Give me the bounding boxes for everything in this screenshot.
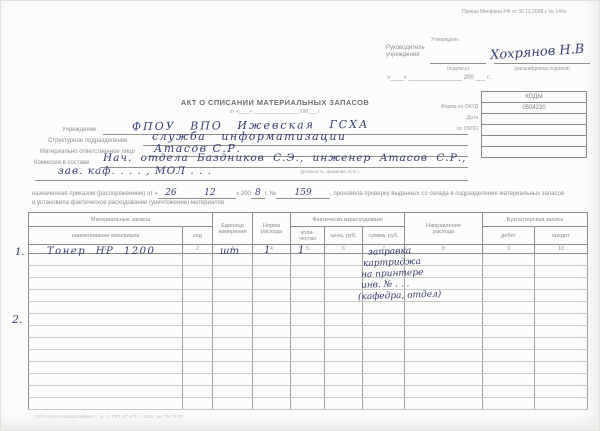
table-cell [535, 290, 588, 302]
row-number-1-handwriting: 1. [15, 247, 25, 258]
table-cell [405, 278, 483, 290]
table-cell [253, 314, 291, 326]
table-cell [183, 398, 213, 410]
col-quantity: коли- чество [291, 227, 325, 245]
table-cell [291, 278, 325, 290]
table-cell [325, 314, 363, 326]
table-cell [483, 278, 535, 290]
table-row [29, 386, 588, 398]
direction-handwriting-4: инв. № . . . [361, 279, 410, 291]
table-cell [183, 290, 213, 302]
table-cell [325, 362, 363, 374]
table-cell [213, 374, 253, 386]
col-credit: кредит [535, 227, 588, 245]
table-cell [291, 362, 325, 374]
table-cell [405, 326, 483, 338]
table-cell [253, 254, 291, 266]
table-cell [29, 302, 183, 314]
table-cell [535, 314, 588, 326]
table-cell [213, 338, 253, 350]
unit-handwriting: шт [220, 246, 239, 257]
document-title: АКТ О СПИСАНИИ МАТЕРИАЛЬНЫХ ЗАПАСОВ [95, 98, 455, 107]
codes-empty-row [482, 125, 586, 136]
table-cell [535, 278, 588, 290]
table-cell [29, 398, 183, 410]
codes-empty-row [482, 136, 586, 147]
order-year-prefix: » 200 [236, 191, 251, 197]
write-off-table-wrap: Материальные запасы Единица измерения Но… [28, 212, 588, 410]
col-price: цена, руб. [325, 227, 363, 245]
col-norm: Норма расхода [253, 213, 291, 245]
table-cell [363, 338, 405, 350]
col-unit: Единица измерения [213, 213, 253, 245]
order-text-2: , произвела проверку выданных со склада … [330, 191, 564, 197]
table-cell [291, 266, 325, 278]
institution-label: Учреждение [62, 127, 96, 134]
table-cell [291, 398, 325, 410]
table-row [29, 398, 588, 410]
table-cell [483, 302, 535, 314]
table-cell [253, 326, 291, 338]
commission-handwriting-1: Нач. отдела Баздников С.Э., инженер Атас… [103, 152, 467, 164]
table-cell [253, 338, 291, 350]
order-year-handwriting: 8 [255, 188, 261, 198]
toner-name-handwriting: Тонер НР 1200 [47, 246, 155, 257]
order-paragraph-line-2: и установила фактическое расходование (у… [32, 200, 224, 206]
table-cell [183, 386, 213, 398]
table-cell [213, 386, 253, 398]
table-cell [363, 398, 405, 410]
col-number: 10 [535, 245, 588, 254]
table-cell [325, 278, 363, 290]
date-label: Дата [380, 115, 478, 121]
table-row [29, 374, 588, 386]
table-cell [325, 290, 363, 302]
codes-box: КОДЫ 0504230 [481, 91, 587, 158]
order-number-line: 159 [276, 188, 330, 199]
table-cell [483, 326, 535, 338]
signature-line [430, 63, 486, 64]
col-fact: Фактически израсходовано [291, 213, 405, 227]
okpo-label: по ОКПО [380, 126, 478, 132]
table-cell [483, 362, 535, 374]
table-cell [29, 266, 183, 278]
table-cell [253, 362, 291, 374]
table-cell [183, 362, 213, 374]
table-cell [483, 398, 535, 410]
table-cell [291, 314, 325, 326]
order-month-line: 12 [184, 188, 236, 199]
table-row [29, 278, 588, 290]
table-cell [325, 350, 363, 362]
table-cell [213, 278, 253, 290]
table-cell [29, 362, 183, 374]
table-cell [29, 338, 183, 350]
table-cell [405, 314, 483, 326]
table-cell [483, 350, 535, 362]
table-cell [483, 374, 535, 386]
table-cell [325, 326, 363, 338]
table-cell [253, 398, 291, 410]
table-cell [253, 350, 291, 362]
table-cell [535, 350, 588, 362]
col-number: 2 [183, 245, 213, 254]
table-cell [291, 350, 325, 362]
head-of-institution-label: Руководитель учреждения [386, 45, 425, 59]
order-day-handwriting: 26 [165, 188, 176, 198]
signature-decode-caption: (расшифровка подписи) [496, 66, 588, 72]
table-cell [183, 374, 213, 386]
table-cell [183, 338, 213, 350]
table-cell [291, 290, 325, 302]
col-number: 8 [405, 245, 483, 254]
commission-handwriting-2: зав. каф. . . . , МОЛ . . . [58, 165, 212, 177]
table-cell [535, 254, 588, 266]
order-day-line: 26 [158, 188, 184, 199]
table-cell [405, 386, 483, 398]
table-cell [29, 290, 183, 302]
codes-empty-row [482, 114, 586, 125]
table-cell [213, 362, 253, 374]
table-cell [253, 374, 291, 386]
table-row [29, 302, 588, 314]
table-cell [535, 326, 588, 338]
table-row [29, 290, 588, 302]
order-month-handwriting: 12 [204, 188, 215, 198]
table-body [29, 254, 588, 410]
table-cell [291, 254, 325, 266]
table-cell [535, 266, 588, 278]
table-cell [29, 326, 183, 338]
table-row [29, 326, 588, 338]
table-cell [183, 278, 213, 290]
table-cell [483, 314, 535, 326]
table-cell [535, 338, 588, 350]
order-text-1: назначенная приказом (распоряжением) от … [32, 191, 158, 197]
table-cell [325, 302, 363, 314]
table-cell [183, 254, 213, 266]
table-cell [363, 386, 405, 398]
table-row [29, 266, 588, 278]
table-cell [535, 302, 588, 314]
col-material-code: код [183, 227, 213, 245]
table-row [29, 338, 588, 350]
col-accounting: Бухгалтерская запись [483, 213, 588, 227]
table-cell [183, 326, 213, 338]
table-cell [183, 266, 213, 278]
table-cell [183, 314, 213, 326]
table-cell [483, 254, 535, 266]
col-number: 5 [291, 245, 325, 254]
table-cell [483, 266, 535, 278]
position-name-caption: (должность, фамилия, И.О.) [300, 169, 359, 175]
table-row [29, 362, 588, 374]
commission-line-2 [35, 180, 468, 181]
order-paragraph-line-1: назначенная приказом (распоряжением) от … [32, 188, 592, 199]
table-cell [483, 290, 535, 302]
table-cell [213, 290, 253, 302]
table-cell [325, 266, 363, 278]
okud-form-code: 0504230 [482, 103, 586, 114]
col-number: 6 [325, 245, 363, 254]
table-cell [213, 398, 253, 410]
table-cell [253, 302, 291, 314]
printing-house-note: ОАО «Ижполиграфкомбинат», уч. 1, РВЗ, 67… [35, 414, 183, 419]
table-sub-header-row: наименование материала код коли- чество … [29, 227, 588, 245]
direction-handwriting-1: заправка [368, 246, 412, 258]
table-row [29, 350, 588, 362]
col-number: 9 [483, 245, 535, 254]
col-sum: сумма, руб. [363, 227, 405, 245]
table-cell [213, 326, 253, 338]
table-cell [325, 374, 363, 386]
table-cell [405, 398, 483, 410]
scanned-act-page: Приказ Минфина РФ от 30.12.2008 г. № 148… [0, 0, 600, 431]
title-date-line: от «____» ________________ 200___ г. [95, 109, 455, 115]
minfin-order-note: Приказ Минфина РФ от 30.12.2008 г. № 148… [462, 9, 567, 15]
table-cell [325, 338, 363, 350]
table-cell [405, 302, 483, 314]
table-cell [325, 386, 363, 398]
table-cell [253, 266, 291, 278]
table-cell [405, 374, 483, 386]
table-cell [363, 362, 405, 374]
norm-value-handwriting: 1 [264, 245, 270, 256]
order-g-no: г. № [265, 191, 276, 197]
approval-date-line: «____» ________________ 200 ___ г. [387, 75, 490, 82]
qty-value-handwriting: 1 [298, 245, 304, 256]
col-direction: Направление расхода [405, 213, 483, 245]
table-cell [405, 338, 483, 350]
table-cell [483, 386, 535, 398]
table-cell [29, 314, 183, 326]
table-cell [29, 278, 183, 290]
table-cell [535, 398, 588, 410]
table-cell [291, 302, 325, 314]
order-year-line: 8 [251, 188, 265, 199]
table-cell [325, 398, 363, 410]
table-cell [535, 374, 588, 386]
table-group-header-row: Материальные запасы Единица измерения Но… [29, 213, 588, 227]
table-cell [29, 386, 183, 398]
table-cell [483, 338, 535, 350]
table-cell [213, 350, 253, 362]
direction-handwriting-2: картриджа [363, 257, 421, 269]
col-number: 4 [253, 245, 291, 254]
col-materials: Материальные запасы [29, 213, 213, 227]
table-cell [183, 350, 213, 362]
codes-empty-row [482, 147, 586, 157]
table-cell [29, 374, 183, 386]
write-off-table: Материальные запасы Единица измерения Но… [28, 212, 588, 410]
table-cell [363, 326, 405, 338]
table-cell [405, 362, 483, 374]
table-cell [291, 374, 325, 386]
signature-caption: (подпись) [433, 66, 483, 72]
codes-header: КОДЫ [482, 92, 586, 103]
table-cell [291, 338, 325, 350]
order-number-handwriting: 159 [295, 188, 312, 198]
table-cell [363, 350, 405, 362]
table-cell [405, 350, 483, 362]
row-number-2-handwriting: 2. [12, 313, 23, 326]
table-cell [363, 302, 405, 314]
table-cell [253, 290, 291, 302]
table-cell [253, 386, 291, 398]
signature-decode-line [494, 63, 590, 64]
table-cell [29, 350, 183, 362]
table-cell [325, 254, 363, 266]
table-cell [253, 278, 291, 290]
approve-label: Утверждено [431, 37, 459, 43]
table-cell [183, 302, 213, 314]
table-cell [535, 362, 588, 374]
table-row [29, 314, 588, 326]
table-cell [213, 302, 253, 314]
table-cell [291, 326, 325, 338]
department-label: Структурное подразделение [48, 138, 127, 145]
table-cell [213, 314, 253, 326]
table-cell [213, 266, 253, 278]
table-cell [291, 386, 325, 398]
col-debit: дебет [483, 227, 535, 245]
table-cell [363, 374, 405, 386]
col-material-name: наименование материала [29, 227, 183, 245]
table-cell [535, 386, 588, 398]
table-cell [363, 314, 405, 326]
